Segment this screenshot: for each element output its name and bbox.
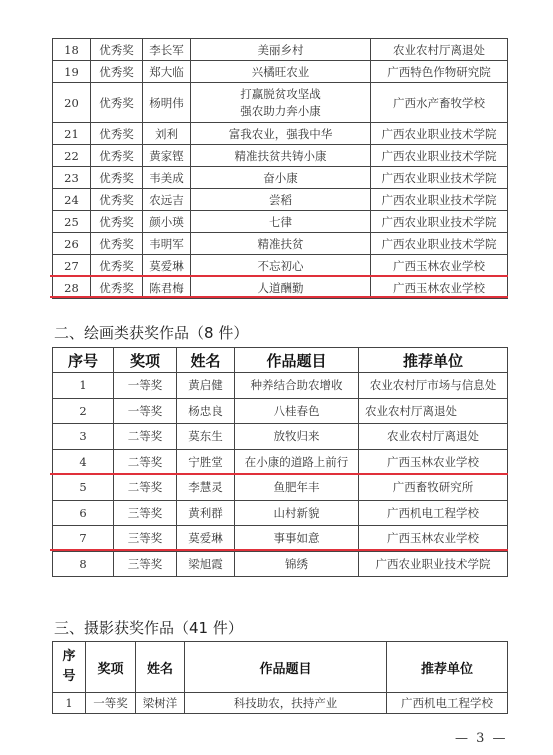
table-row: 1 一等奖 黄启健 种养结合助农增收 农业农村厅市场与信息处 — [53, 373, 508, 399]
highlight-line — [50, 296, 508, 298]
header-unit: 推荐单位 — [387, 642, 508, 693]
table-row: 26 优秀奖 韦明军 精准扶贫 广西农业职业技术学院 — [53, 233, 508, 255]
cell-title: 锦绣 — [235, 551, 359, 577]
table-row: 1 一等奖 梁树洋 科技助农，扶持产业 广西机电工程学校 — [53, 693, 508, 714]
cell-unit: 农业农村厅离退处 — [371, 39, 508, 61]
cell-title: 七律 — [191, 211, 371, 233]
cell-no: 21 — [53, 123, 91, 145]
cell-name: 李慧灵 — [177, 475, 235, 501]
highlight-line — [50, 473, 508, 475]
cell-name: 宁胜堂 — [177, 449, 235, 475]
cell-no: 4 — [53, 449, 114, 475]
table-row: 4 二等奖 宁胜堂 在小康的道路上前行 广西玉林农业学校 — [53, 449, 508, 475]
cell-unit: 农业农村厅离退处 — [359, 398, 508, 424]
cell-unit: 广西农业职业技术学院 — [359, 551, 508, 577]
cell-unit: 广西农业职业技术学院 — [371, 233, 508, 255]
cell-no: 1 — [53, 373, 114, 399]
cell-unit: 广西特色作物研究院 — [371, 61, 508, 83]
cell-no: 19 — [53, 61, 91, 83]
table-header-row: 序 号 奖项 姓名 作品题目 推荐单位 — [53, 642, 508, 693]
header-award: 奖项 — [86, 642, 136, 693]
photo-award-table: 序 号 奖项 姓名 作品题目 推荐单位 1 一等奖 梁树洋 科技助农，扶持产业 … — [52, 641, 508, 714]
header-no-line-1: 序 — [53, 647, 85, 667]
table-row: 2 一等奖 杨忠良 八桂春色 农业农村厅离退处 — [53, 398, 508, 424]
cell-unit: 广西农业职业技术学院 — [371, 189, 508, 211]
table-row: 19 优秀奖 郑大临 兴橘旺农业 广西特色作物研究院 — [53, 61, 508, 83]
cell-name: 郑大临 — [143, 61, 191, 83]
table-row: 7 三等奖 莫爱琳 事事如意 广西玉林农业学校 — [53, 526, 508, 552]
table-row: 24 优秀奖 农远吉 尝稻 广西农业职业技术学院 — [53, 189, 508, 211]
cell-no: 26 — [53, 233, 91, 255]
cell-unit: 广西畜牧研究所 — [359, 475, 508, 501]
cell-no: 27 — [53, 255, 91, 277]
cell-no: 25 — [53, 211, 91, 233]
table-row: 18 优秀奖 李长军 美丽乡村 农业农村厅离退处 — [53, 39, 508, 61]
cell-title: 美丽乡村 — [191, 39, 371, 61]
cell-title: 兴橘旺农业 — [191, 61, 371, 83]
cell-award: 优秀奖 — [91, 255, 143, 277]
cell-title: 种养结合助农增收 — [235, 373, 359, 399]
cell-title: 事事如意 — [235, 526, 359, 552]
cell-title: 八桂春色 — [235, 398, 359, 424]
cell-name: 杨明伟 — [143, 83, 191, 123]
table-row: 21 优秀奖 刘利 富我农业，强我中华 广西农业职业技术学院 — [53, 123, 508, 145]
table-row: 6 三等奖 黄利群 山村新貌 广西机电工程学校 — [53, 500, 508, 526]
cell-award: 优秀奖 — [91, 211, 143, 233]
cell-award: 优秀奖 — [91, 145, 143, 167]
page-number: — 3 — — [455, 731, 508, 746]
cell-title: 精准扶贫 — [191, 233, 371, 255]
title-line-1: 打赢脱贫攻坚战 — [191, 86, 370, 103]
cell-name: 颜小瑛 — [143, 211, 191, 233]
table-header-row: 序号 奖项 姓名 作品题目 推荐单位 — [53, 348, 508, 373]
cell-name: 刘利 — [143, 123, 191, 145]
cell-title: 精准扶贫共铸小康 — [191, 145, 371, 167]
cell-no: 22 — [53, 145, 91, 167]
cell-unit: 广西玉林农业学校 — [359, 526, 508, 552]
cell-no: 24 — [53, 189, 91, 211]
cell-no: 18 — [53, 39, 91, 61]
table-row: 8 三等奖 梁旭霞 锦绣 广西农业职业技术学院 — [53, 551, 508, 577]
table-row: 23 优秀奖 韦美成 奋小康 广西农业职业技术学院 — [53, 167, 508, 189]
header-no: 序 号 — [53, 642, 86, 693]
cell-unit: 农业农村厅市场与信息处 — [359, 373, 508, 399]
cell-unit: 广西机电工程学校 — [387, 693, 508, 714]
section-heading-painting: 二、绘画类获奖作品（8 件） — [54, 322, 248, 343]
header-name: 姓名 — [136, 642, 185, 693]
cell-no: 3 — [53, 424, 114, 450]
cell-name: 李长军 — [143, 39, 191, 61]
cell-title: 奋小康 — [191, 167, 371, 189]
cell-no: 7 — [53, 526, 114, 552]
table-row: 25 优秀奖 颜小瑛 七律 广西农业职业技术学院 — [53, 211, 508, 233]
cell-unit: 广西农业职业技术学院 — [371, 167, 508, 189]
section-heading-photo: 三、摄影获奖作品（41 件） — [54, 617, 243, 638]
cell-name: 梁树洋 — [136, 693, 185, 714]
cell-unit: 广西农业职业技术学院 — [371, 211, 508, 233]
table-row: 20 优秀奖 杨明伟 打赢脱贫攻坚战 强农助力奔小康 广西水产畜牧学校 — [53, 83, 508, 123]
cell-award: 三等奖 — [114, 526, 177, 552]
cell-title: 放牧归来 — [235, 424, 359, 450]
header-title: 作品题目 — [235, 348, 359, 373]
cell-award: 一等奖 — [114, 398, 177, 424]
cell-award: 一等奖 — [114, 373, 177, 399]
cell-name: 黄家铿 — [143, 145, 191, 167]
cell-unit: 广西农业职业技术学院 — [371, 123, 508, 145]
highlight-line — [50, 549, 508, 551]
cell-no: 5 — [53, 475, 114, 501]
cell-title: 山村新貌 — [235, 500, 359, 526]
cell-unit: 广西玉林农业学校 — [371, 255, 508, 277]
highlight-line — [50, 275, 508, 277]
table-row: 27 优秀奖 莫爱琳 不忘初心 广西玉林农业学校 — [53, 255, 508, 277]
cell-no: 2 — [53, 398, 114, 424]
cell-award: 三等奖 — [114, 551, 177, 577]
painting-award-table: 序号 奖项 姓名 作品题目 推荐单位 1 一等奖 黄启健 种养结合助农增收 农业… — [52, 347, 508, 577]
cell-no: 23 — [53, 167, 91, 189]
cell-name: 黄启健 — [177, 373, 235, 399]
cell-name: 韦美成 — [143, 167, 191, 189]
header-award: 奖项 — [114, 348, 177, 373]
title-line-2: 强农助力奔小康 — [191, 103, 370, 120]
cell-award: 二等奖 — [114, 475, 177, 501]
cell-award: 优秀奖 — [91, 39, 143, 61]
award-table-continued: 18 优秀奖 李长军 美丽乡村 农业农村厅离退处 19 优秀奖 郑大临 兴橘旺农… — [52, 38, 508, 299]
cell-unit: 广西水产畜牧学校 — [371, 83, 508, 123]
cell-name: 莫爱琳 — [143, 255, 191, 277]
cell-title: 科技助农，扶持产业 — [185, 693, 387, 714]
table-row: 3 二等奖 莫东生 放牧归来 农业农村厅离退处 — [53, 424, 508, 450]
cell-unit: 农业农村厅离退处 — [359, 424, 508, 450]
cell-name: 杨忠良 — [177, 398, 235, 424]
cell-award: 优秀奖 — [91, 233, 143, 255]
cell-award: 优秀奖 — [91, 61, 143, 83]
cell-name: 韦明军 — [143, 233, 191, 255]
cell-no: 6 — [53, 500, 114, 526]
cell-award: 一等奖 — [86, 693, 136, 714]
cell-award: 三等奖 — [114, 500, 177, 526]
cell-unit: 广西机电工程学校 — [359, 500, 508, 526]
cell-name: 莫爱琳 — [177, 526, 235, 552]
header-unit: 推荐单位 — [359, 348, 508, 373]
cell-no: 1 — [53, 693, 86, 714]
table-row: 22 优秀奖 黄家铿 精准扶贫共铸小康 广西农业职业技术学院 — [53, 145, 508, 167]
cell-unit: 广西玉林农业学校 — [359, 449, 508, 475]
header-title: 作品题目 — [185, 642, 387, 693]
cell-title: 在小康的道路上前行 — [235, 449, 359, 475]
cell-award: 二等奖 — [114, 449, 177, 475]
header-name: 姓名 — [177, 348, 235, 373]
table-row: 5 二等奖 李慧灵 鱼肥年丰 广西畜牧研究所 — [53, 475, 508, 501]
cell-title: 不忘初心 — [191, 255, 371, 277]
cell-unit: 广西农业职业技术学院 — [371, 145, 508, 167]
cell-title: 尝稻 — [191, 189, 371, 211]
header-no: 序号 — [53, 348, 114, 373]
cell-award: 优秀奖 — [91, 167, 143, 189]
cell-no: 20 — [53, 83, 91, 123]
cell-title: 打赢脱贫攻坚战 强农助力奔小康 — [191, 83, 371, 123]
cell-name: 莫东生 — [177, 424, 235, 450]
cell-title: 富我农业，强我中华 — [191, 123, 371, 145]
cell-no: 8 — [53, 551, 114, 577]
cell-award: 优秀奖 — [91, 83, 143, 123]
cell-award: 优秀奖 — [91, 189, 143, 211]
cell-title: 鱼肥年丰 — [235, 475, 359, 501]
header-no-line-2: 号 — [53, 667, 85, 687]
cell-award: 优秀奖 — [91, 123, 143, 145]
cell-name: 黄利群 — [177, 500, 235, 526]
cell-name: 梁旭霞 — [177, 551, 235, 577]
cell-award: 二等奖 — [114, 424, 177, 450]
cell-name: 农远吉 — [143, 189, 191, 211]
